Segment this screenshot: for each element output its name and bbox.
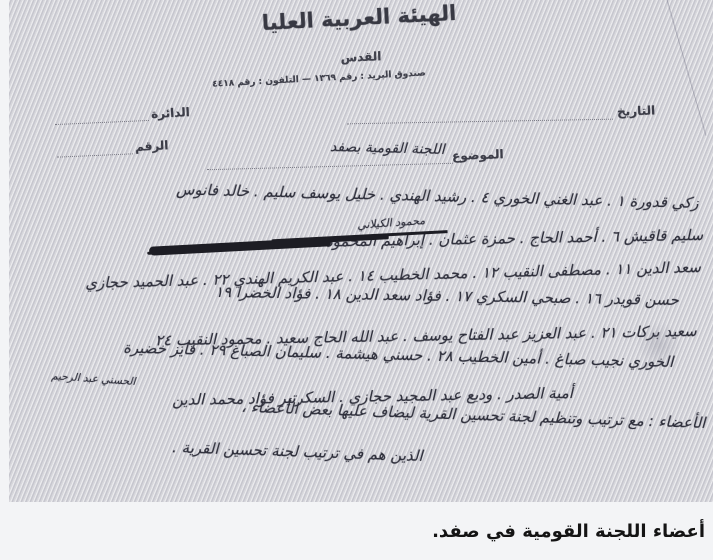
handwritten-line: زكي قدورة ١ . عبد الغني الخوري ٤ . رشيد … bbox=[176, 180, 699, 212]
letterhead-city: القدس bbox=[309, 48, 413, 66]
book-page: الهيئة العربية العليا القدس صندوق البريد… bbox=[0, 0, 713, 560]
number-blank-line bbox=[57, 153, 133, 157]
date-label: التاريخ bbox=[617, 103, 656, 118]
handwritten-line: حسن قويدر ١٦ . صبحي السكري ١٧ . فؤاد سعد… bbox=[215, 283, 679, 309]
number-label: الرقم bbox=[135, 138, 169, 154]
handwritten-small-note: الحسني عبد الرحيم bbox=[50, 370, 135, 388]
closing-note-line: الذين هم في ترتيب لجنة تحسين القرية . bbox=[172, 438, 423, 465]
letterhead-contact-line: صندوق البريد : رقم ١٣٦٩ — التلفون : رقم … bbox=[194, 67, 444, 90]
ink-smudge bbox=[637, 322, 681, 368]
subject-handwritten-value: اللجنة القومية بصفد bbox=[330, 139, 445, 158]
department-blank-line bbox=[55, 120, 149, 125]
scribbled-out-name bbox=[149, 237, 331, 256]
department-label: الدائرة bbox=[151, 105, 190, 121]
subject-label: الموضوع bbox=[452, 147, 504, 163]
figure-caption: أعضاء اللجنة القومية في صفد. bbox=[432, 521, 705, 542]
name-written-above-scribble: محمود الكيلاني bbox=[357, 214, 426, 232]
scanned-document: الهيئة العربية العليا القدس صندوق البريد… bbox=[9, 0, 713, 502]
subject-blank-line bbox=[207, 163, 453, 170]
date-blank-line bbox=[347, 119, 613, 125]
letterhead-organization: الهيئة العربية العليا bbox=[244, 0, 475, 36]
paper-edge-line bbox=[664, 0, 707, 136]
